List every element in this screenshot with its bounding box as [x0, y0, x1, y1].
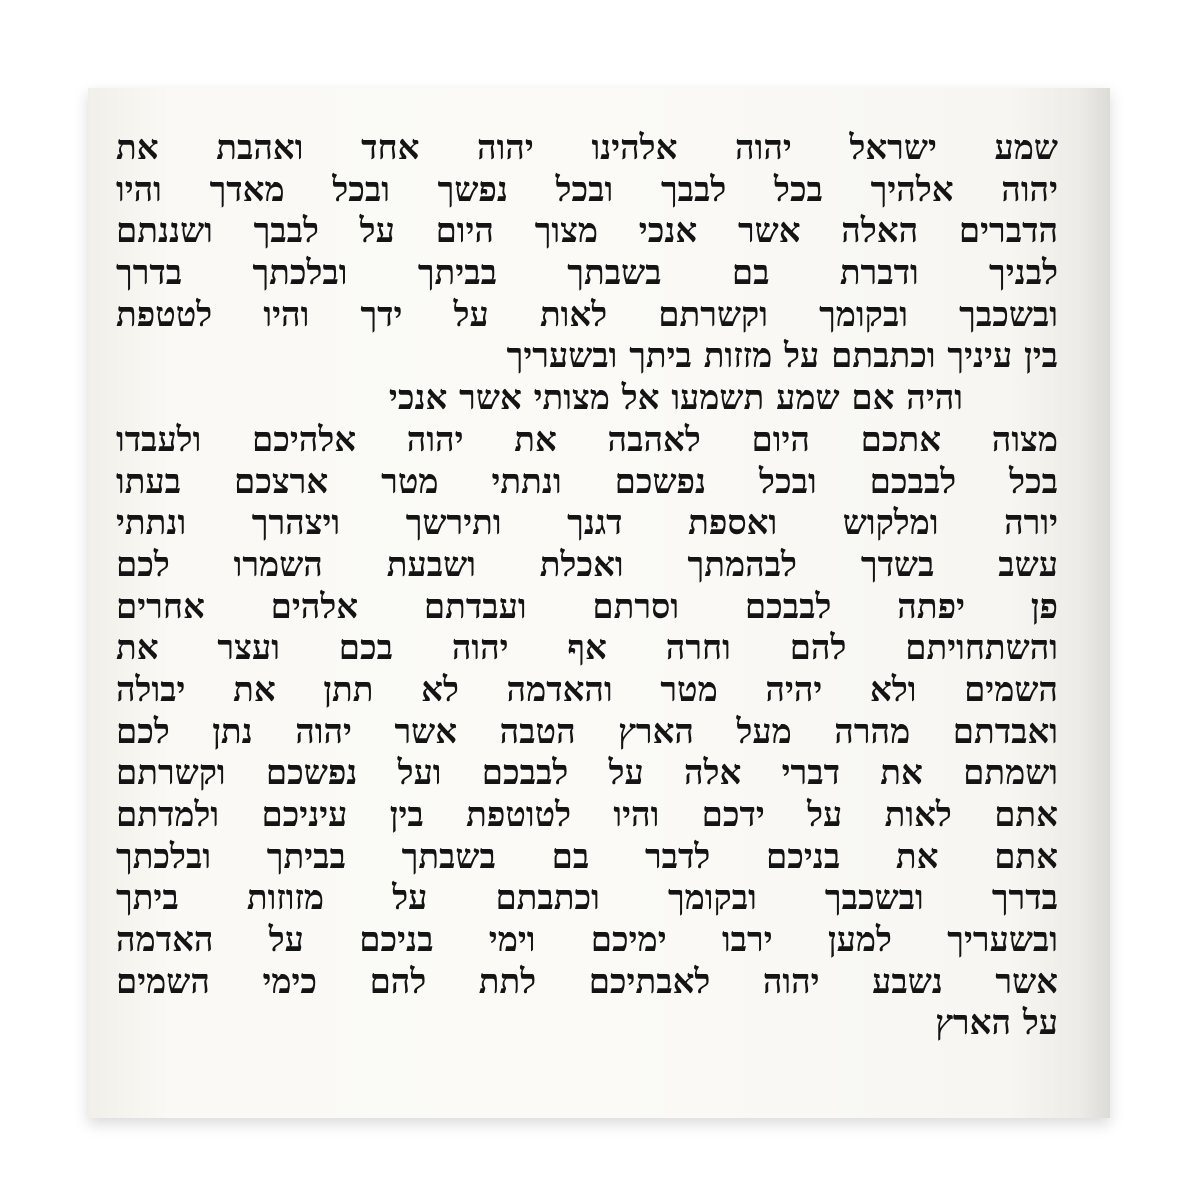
text-line: בין עיניך וכתבתם על מזזות ביתך ובשעריך — [116, 336, 1058, 378]
text-line: בדרך ובשכבך ובקומך וכתבתם על מזוזות ביתך — [116, 878, 1058, 920]
text-line: השמים ולא יהיה מטר והאדמה לא תתן את יבול… — [116, 670, 1058, 712]
text-line: והשתחויתם להם וחרה אף יהוה בכם ועצר את — [116, 628, 1058, 670]
text-line: ואבדתם מהרה מעל הארץ הטבה אשר יהוה נתן ל… — [116, 712, 1058, 754]
text-line: והיה אם שמע תשמעו אל מצותי אשר אנכי — [116, 378, 1058, 420]
text-line: עשב בשדך לבהמתך ואכלת ושבעת השמרו לכם — [116, 545, 1058, 587]
text-line: פן יפתה לבבכם וסרתם ועבדתם אלהים אחרים — [116, 587, 1058, 629]
text-line: אשר נשבע יהוה לאבתיכם לתת להם כימי השמים — [116, 962, 1058, 1004]
text-line: ושמתם את דברי אלה על לבבכם ועל נפשכם וקש… — [116, 753, 1058, 795]
text-line: ובשעריך למען ירבו ימיכם וימי בניכם על הא… — [116, 920, 1058, 962]
text-line: אתם את בניכם לדבר בם בשבתך בביתך ובלכתך — [116, 837, 1058, 879]
text-line: ובשכבך ובקומך וקשרתם לאות על ידך והיו לט… — [116, 295, 1058, 337]
text-line: אתם לאות על ידכם והיו לטוטפת בין עיניכם … — [116, 795, 1058, 837]
text-line: על הארץ — [116, 1003, 1058, 1045]
scroll-edge — [1080, 88, 1110, 1118]
text-line: לבניך ודברת בם בשבתך בביתך ובלכתך בדרך — [116, 253, 1058, 295]
text-line: מצוה אתכם היום לאהבה את יהוה אלהיכם ולעב… — [116, 420, 1058, 462]
text-line: יורה ומלקוש ואספת דגנך ותירשך ויצהרך ונת… — [116, 503, 1058, 545]
text-line: יהוה אלהיך בכל לבבך ובכל נפשך ובכל מאדך … — [116, 170, 1058, 212]
mezuzah-scroll: שמע ישראל יהוה אלהינו יהוה אחד ואהבת את … — [88, 88, 1110, 1118]
text-line: הדברים האלה אשר אנכי מצוך היום על לבבך ו… — [116, 211, 1058, 253]
text-line: שמע ישראל יהוה אלהינו יהוה אחד ואהבת את — [116, 128, 1058, 170]
text-line: בכל לבבכם ובכל נפשכם ונתתי מטר ארצכם בעת… — [116, 462, 1058, 504]
scroll-text: שמע ישראל יהוה אלהינו יהוה אחד ואהבת את … — [116, 128, 1058, 1045]
